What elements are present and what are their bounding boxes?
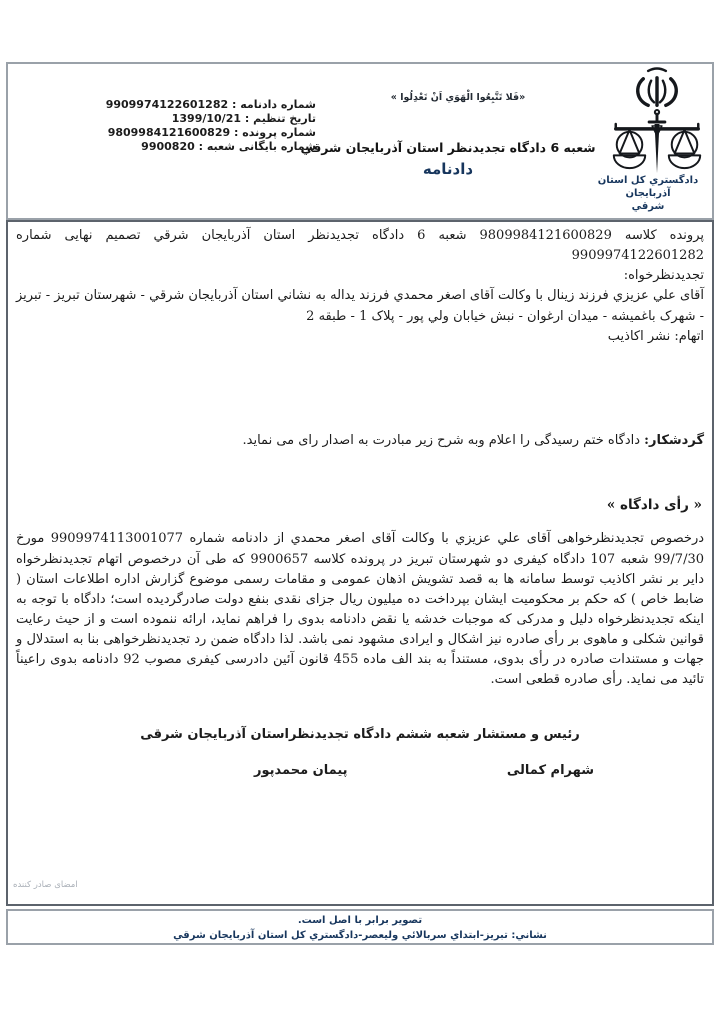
appellant-label: تجدیدنظرخواه: [16,266,704,286]
document-title: دادنامه [298,160,598,178]
judge-name-right: شهرام کمالی [507,761,594,781]
judgment-body-section: پرونده کلاسه 9809984121600829 شعبه 6 داد… [6,220,714,906]
signatories-names: شهرام کمالی پیمان محمدپور [16,761,704,787]
separator: : [195,140,207,153]
separator: : [230,126,242,139]
justice-department-caption-line1: دادگستري کل استان آذربایجان [582,174,714,200]
court-branch-title: شعبه 6 دادگاه تجدیدنظر استان آذربایجان ش… [298,140,598,155]
signatories-title: رئیس و مستشار شعبه ششم دادگاه تجدیدنظراس… [16,725,704,745]
certified-copy-line: تصویر برابر با اصل است. [8,913,712,928]
separator: : [228,98,240,111]
separator: : [241,112,253,125]
file-number-label: شماره پرونده [242,126,316,139]
archive-number-value: 9900820 [141,140,195,153]
judgment-number-value: 9909974122601282 [106,98,228,111]
process-label: گردشکار: [644,433,704,448]
justice-department-caption: دادگستري کل استان آذربایجان شرقي [582,174,714,213]
case-numbers-block: شماره دادنامه : 9909974122601282 تاریخ ت… [16,98,316,154]
verdict-text: درخصوص تجدیدنظرخواهی آقای علي عزیزي با و… [16,529,704,690]
appellant-details: آقای علي عزیزي فرزند زینال با وکالت آقای… [16,286,704,326]
issue-date-value: 1399/10/21 [172,112,241,125]
verdict-heading: « رأی دادگاه » [16,495,702,516]
judgment-number-row: شماره دادنامه : 9909974122601282 [16,98,316,112]
header-section: «فَلا تَتَّبِعُوا الْهَوَي اَنْ تَعْدِلُ… [6,62,714,220]
justice-department-caption-line2: شرقي [582,200,714,213]
issue-date-row: تاریخ تنظیم : 1399/10/21 [16,112,316,126]
address-line: نشاني: تبریز-ابتداي سربالائي ولیعصر-دادگ… [8,928,712,943]
judge-name-left: پیمان محمدپور [254,761,348,781]
process-text: دادگاه ختم رسیدگی را اعلام وبه شرح زیر م… [243,433,645,448]
issuer-signature-note: امضای صادر کننده [13,880,78,890]
court-judgment-page: { "colors": { "navy": "#17365d", "text":… [0,0,720,1020]
iran-judiciary-scales-icon [606,67,708,177]
judgment-number-label: شماره دادنامه [240,98,316,111]
charge-line: اتهام: نشر اکاذیب [16,327,704,347]
file-number-row: شماره پرونده : 9809984121600829 [16,126,316,140]
case-summary-line: پرونده کلاسه 9809984121600829 شعبه 6 داد… [16,226,704,266]
process-line: گردشکار: دادگاه ختم رسیدگی را اعلام وبه … [16,431,704,451]
footer-section: تصویر برابر با اصل است. نشاني: تبریز-ابت… [6,909,714,945]
archive-number-row: شماره بایگانی شعبه : 9900820 [16,140,316,154]
issue-date-label: تاریخ تنظیم [253,112,316,125]
file-number-value: 9809984121600829 [108,126,230,139]
quran-verse: «فَلا تَتَّبِعُوا الْهَوَي اَنْ تَعْدِلُ… [328,92,588,103]
